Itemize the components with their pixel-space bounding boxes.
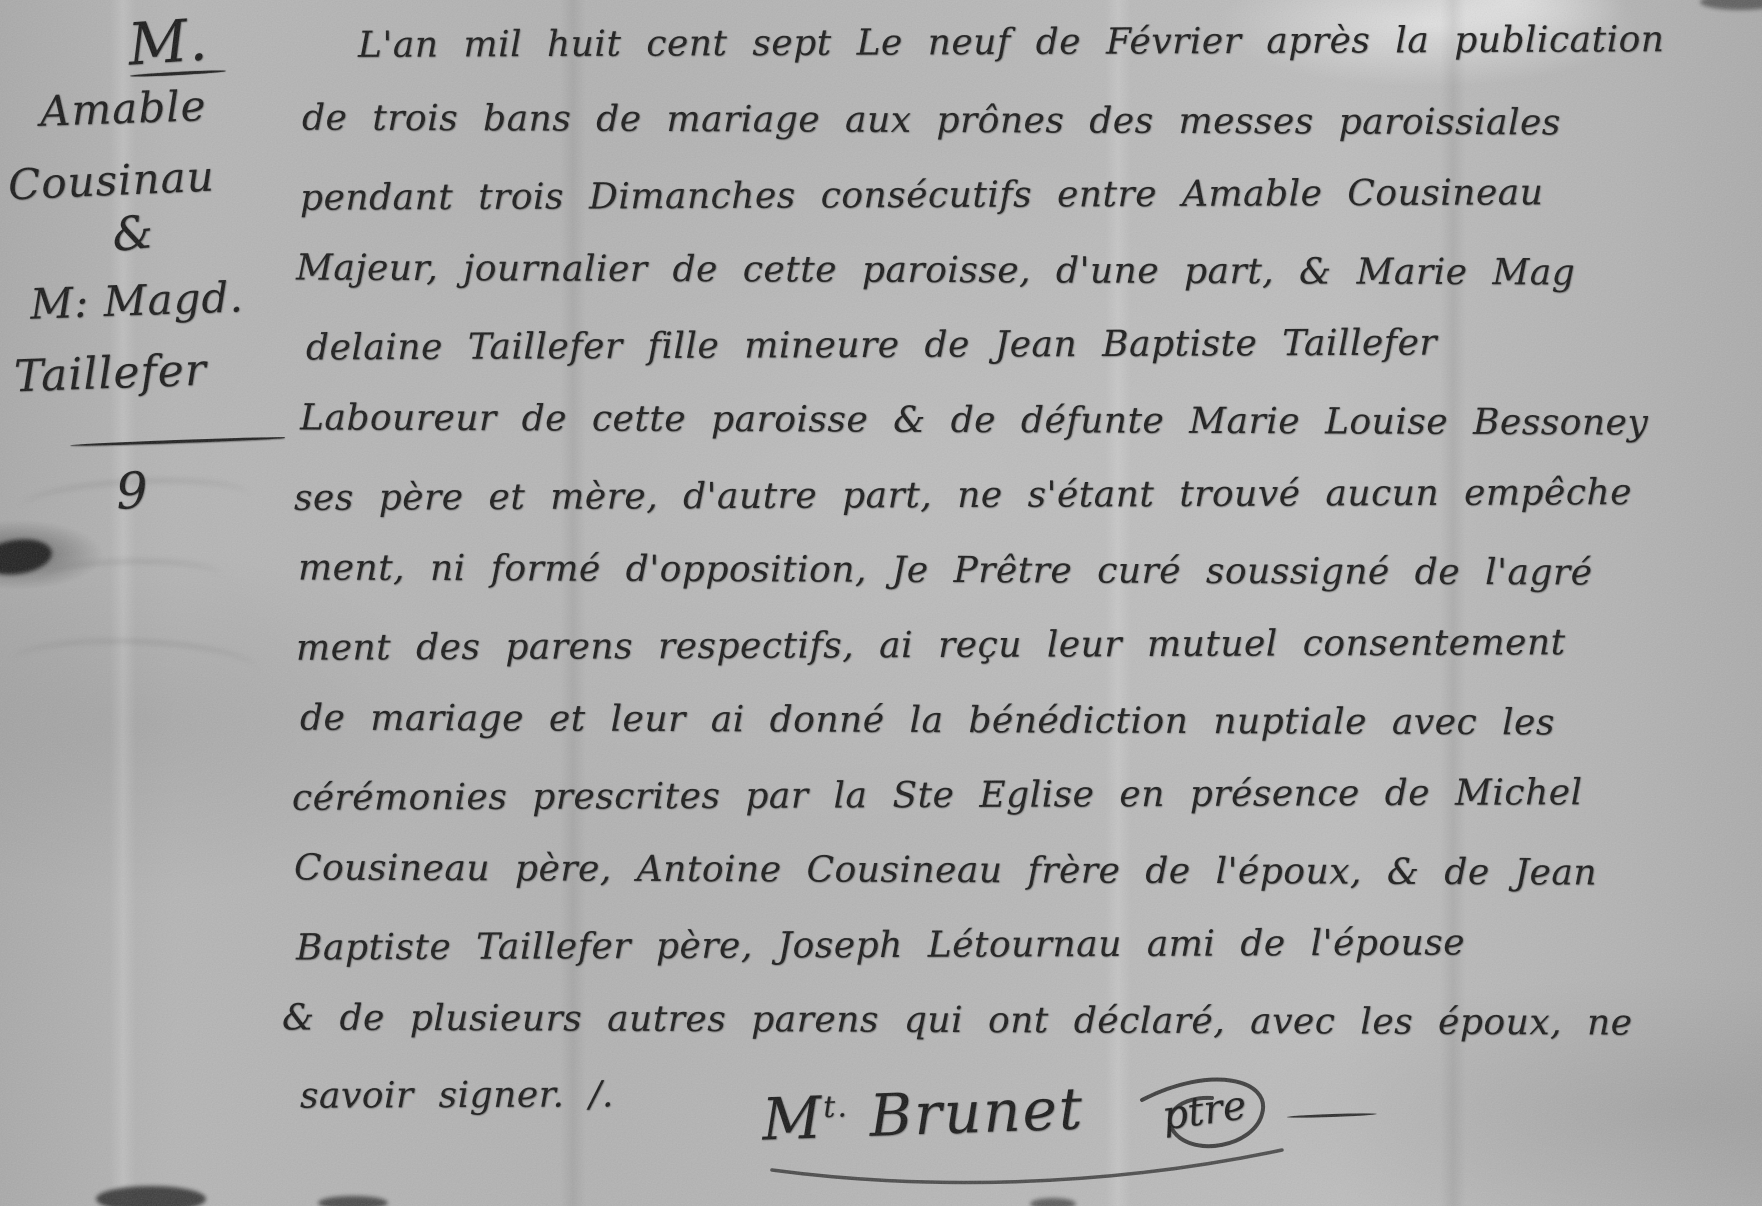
margin-bride-last-name: Taillefer xyxy=(13,345,207,403)
signature-surname: Brunet xyxy=(868,1074,1085,1149)
manuscript-line: pendant trois Dimanches consécutifs entr… xyxy=(300,172,1544,218)
manuscript-line: L'an mil huit cent sept Le neuf de Févri… xyxy=(358,19,1665,66)
manuscript-line: savoir signer. /. xyxy=(300,1074,614,1116)
verso-ghost-stroke xyxy=(40,558,221,594)
flourish-underline xyxy=(70,436,285,447)
manuscript-line: & de plusieurs autres parens qui ont déc… xyxy=(282,997,1633,1043)
edge-artifact xyxy=(318,1196,388,1206)
manuscript-line: ment des parens respectifs, ai reçu leur… xyxy=(296,622,1566,669)
manuscript-line: Majeur, journalier de cette paroisse, d'… xyxy=(296,248,1575,294)
margin-bride-first-name: M: Magd. xyxy=(29,272,244,328)
manuscript-line: de mariage et leur ai donné la bénédicti… xyxy=(300,698,1555,744)
signature-superscript: t. xyxy=(822,1089,849,1125)
signature-name: Mt. Brunet xyxy=(761,1074,1085,1153)
signature-title: ptre xyxy=(1159,1082,1249,1139)
margin-title: M. xyxy=(126,5,210,78)
signature-dash xyxy=(1287,1112,1377,1118)
edge-artifact xyxy=(96,1186,206,1206)
manuscript-scan-page: M. Amable Cousinau & M: Magd. Taillefer … xyxy=(0,0,1762,1206)
manuscript-line: ment, ni formé d'opposition, Je Prêtre c… xyxy=(298,548,1593,594)
manuscript-line: Baptiste Taillefer père, Joseph Létourna… xyxy=(296,922,1465,968)
manuscript-line: de trois bans de mariage aux prônes des … xyxy=(302,98,1561,144)
edge-artifact xyxy=(1700,0,1762,10)
margin-entry-number: 9 xyxy=(115,461,151,521)
manuscript-line: Laboureur de cette paroisse & de défunte… xyxy=(300,397,1648,443)
edge-artifact xyxy=(1030,1198,1076,1206)
manuscript-line: delaine Taillefer fille mineure de Jean … xyxy=(306,323,1437,369)
signature-prefix: M xyxy=(761,1083,825,1153)
margin-groom-last-name: Cousinau xyxy=(7,152,216,210)
manuscript-line: cérémonies prescrites par la Ste Eglise … xyxy=(292,772,1583,819)
margin-ampersand: & xyxy=(109,204,156,262)
margin-groom-first-name: Amable xyxy=(39,81,207,136)
manuscript-line: ses père et mère, d'autre part, ne s'éta… xyxy=(294,472,1632,519)
priest-signature: Mt. Brunet ptre xyxy=(742,1062,1382,1202)
manuscript-line: Cousineau père, Antoine Cousineau frère … xyxy=(294,847,1597,893)
verso-ghost-stroke xyxy=(9,636,261,698)
